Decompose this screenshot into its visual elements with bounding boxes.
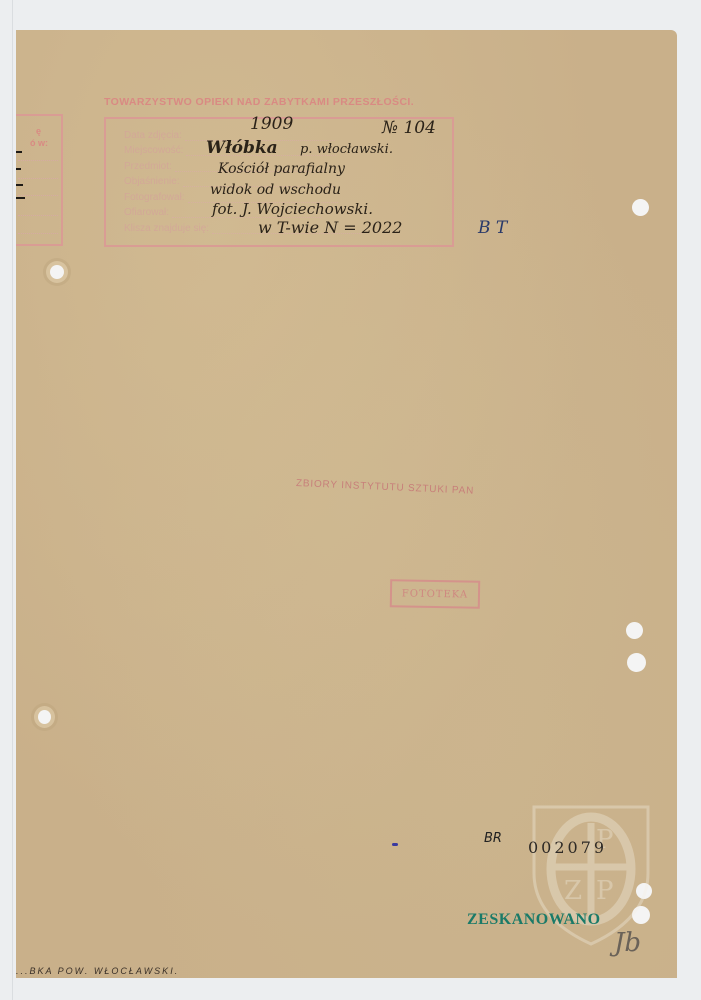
handwritten-year: 1909 bbox=[250, 114, 293, 134]
punch-hole bbox=[626, 622, 643, 639]
torn-punch-hole bbox=[38, 710, 51, 724]
scanner-background-edge bbox=[12, 0, 13, 1000]
ink-mark bbox=[16, 184, 23, 186]
scanned-stamp: ZESKANOWANO bbox=[467, 911, 601, 929]
handwritten-place: Włóbka bbox=[206, 138, 278, 158]
br-label: BR bbox=[484, 831, 502, 846]
fototeka-stamp: FOTOTEKA bbox=[390, 579, 480, 609]
handwritten-subject: Kościół parafialny bbox=[218, 161, 345, 177]
svg-text:P: P bbox=[596, 876, 614, 906]
handwritten-photographer: fot. J. Wojciechowski. bbox=[212, 200, 373, 218]
dotted-line bbox=[18, 215, 58, 216]
ink-mark bbox=[16, 151, 22, 153]
dotted-line bbox=[18, 195, 58, 196]
society-title: TOWARZYSTWO OPIEKI NAD ZABYTKAMI PRZESZŁ… bbox=[104, 96, 456, 108]
dotted-line bbox=[18, 178, 58, 179]
handwritten-view: widok od wschodu bbox=[210, 182, 341, 198]
punch-hole bbox=[632, 199, 649, 216]
handwritten-number: № 104 bbox=[382, 118, 436, 138]
ink-dot bbox=[392, 843, 398, 846]
left-stamp-text: ę bbox=[36, 126, 41, 136]
inventory-number: 002079 bbox=[528, 838, 607, 857]
ink-mark bbox=[16, 197, 25, 199]
left-stamp-text: ó w: bbox=[30, 138, 48, 148]
handwritten-negative-suffix: B T bbox=[478, 218, 507, 238]
bottom-caption: ...BKA POW. WŁOCŁAWSKI. bbox=[16, 966, 179, 976]
handwritten-negative: w T-wie N = 2022 bbox=[258, 218, 402, 237]
dotted-line bbox=[18, 160, 58, 161]
handwritten-district: p. włocławski. bbox=[300, 142, 393, 157]
torn-punch-hole bbox=[50, 265, 64, 279]
ink-mark bbox=[16, 168, 21, 170]
punch-hole bbox=[627, 653, 646, 672]
fototeka-stamp-text: FOTOTEKA bbox=[402, 588, 468, 600]
svg-text:Z: Z bbox=[564, 876, 582, 906]
pencil-initials: Jb bbox=[614, 928, 641, 958]
left-partial-stamp: ę ó w: bbox=[16, 114, 63, 246]
dotted-line bbox=[18, 233, 58, 234]
